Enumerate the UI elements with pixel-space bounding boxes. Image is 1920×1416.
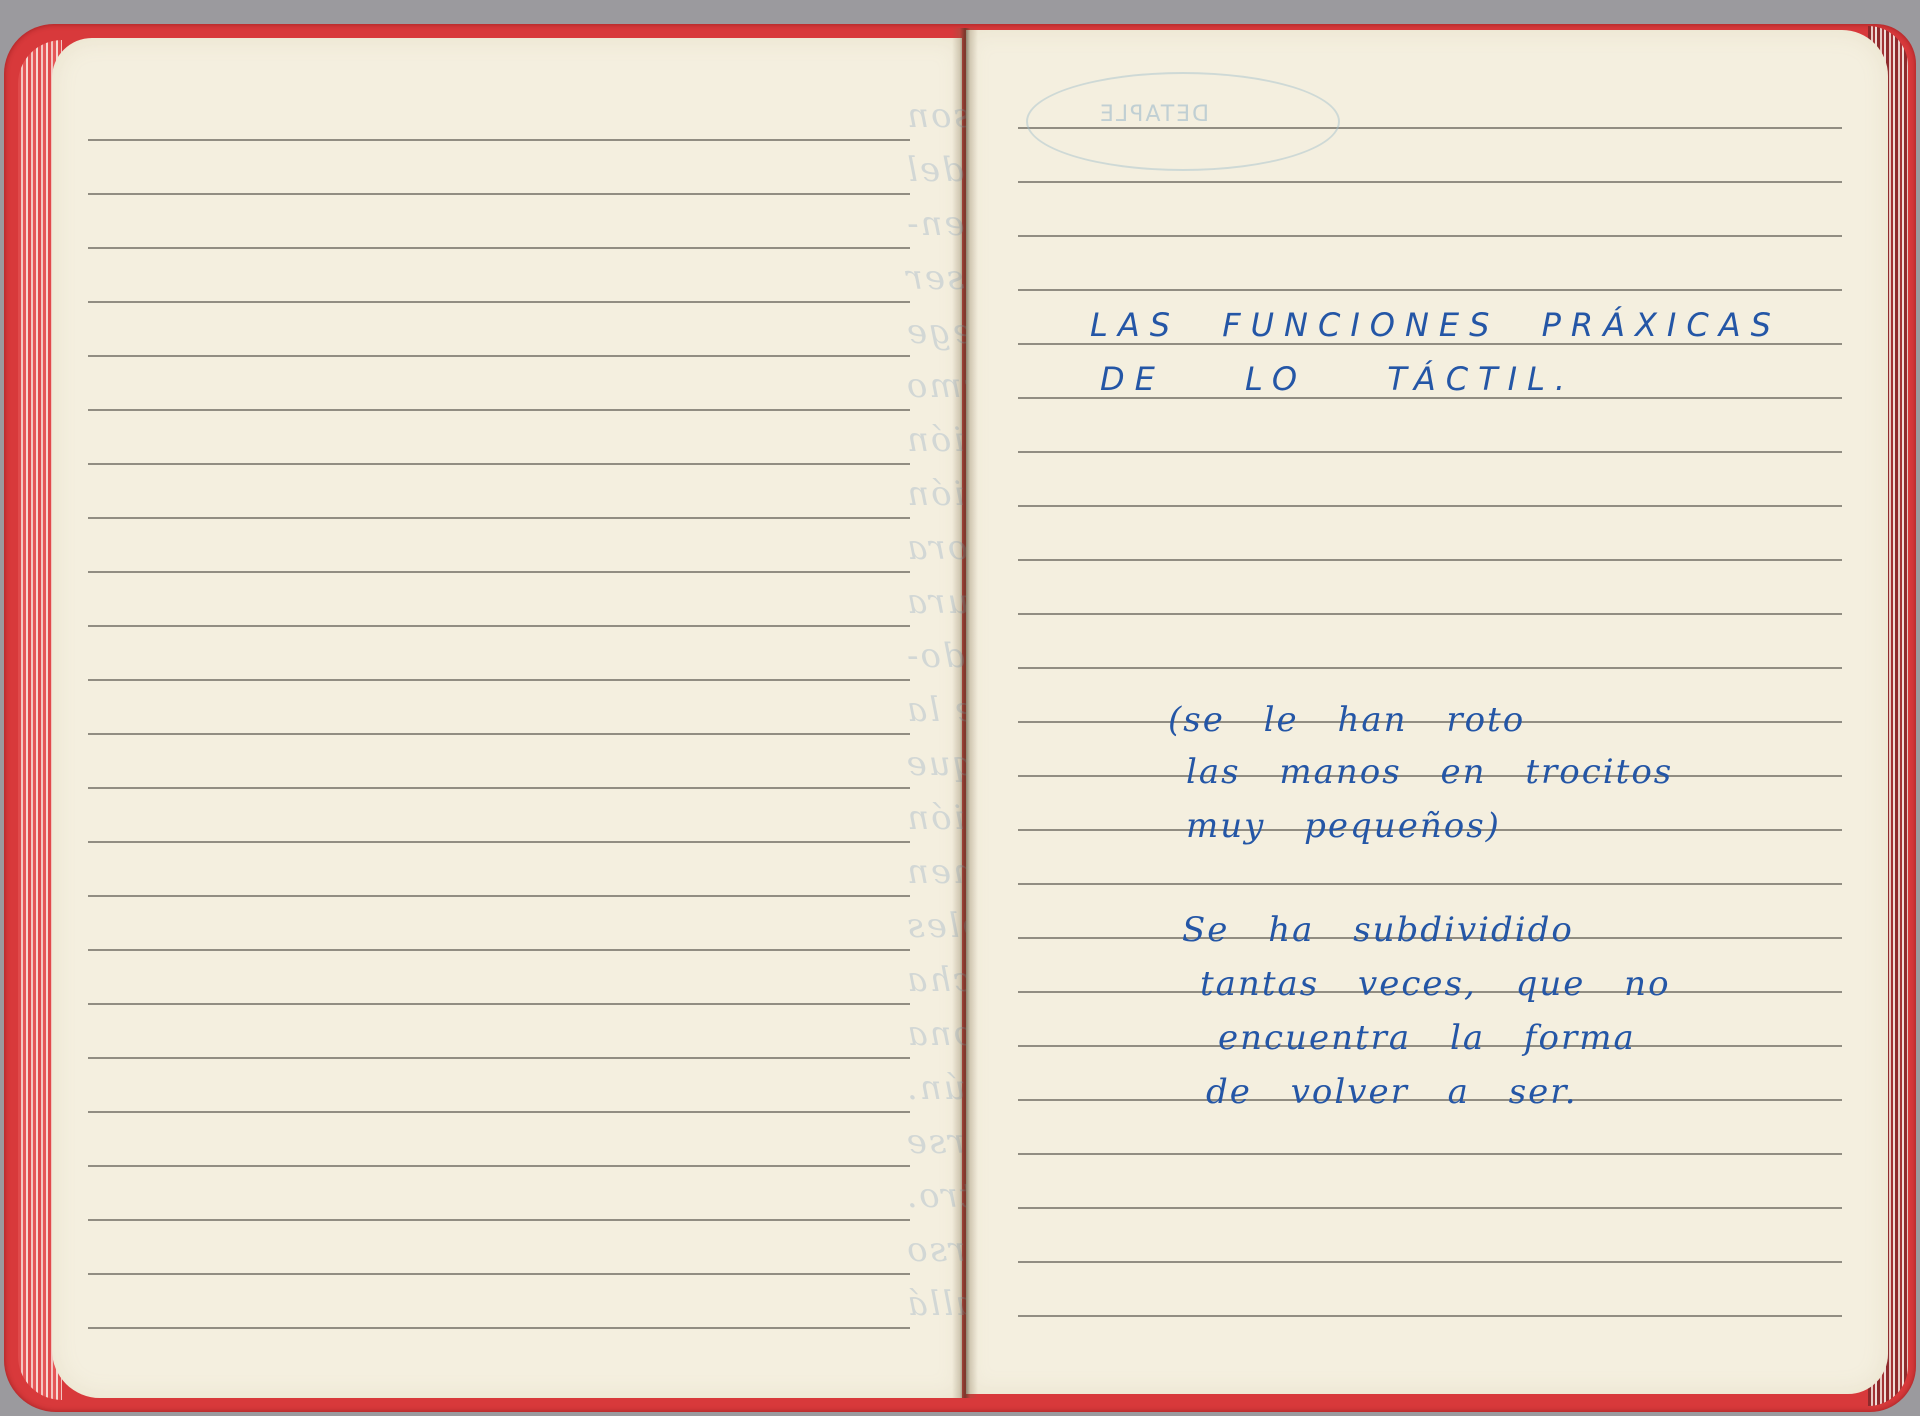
ruled-line (1018, 1315, 1842, 1317)
ruled-line (88, 301, 910, 303)
stamp-text: DETAPLE (1098, 102, 1209, 127)
stamp-bleed-through: DETAPLE (1026, 72, 1340, 171)
ruled-line (1018, 1153, 1842, 1155)
ruled-line (1018, 289, 1842, 291)
ruled-line (88, 355, 910, 357)
ruled-line (88, 625, 910, 627)
ruled-line (88, 247, 910, 249)
ruled-line (88, 1273, 910, 1275)
ruled-line (1018, 181, 1842, 183)
ruled-line (88, 841, 910, 843)
note-line-2: las manos en trocitos (1186, 752, 1673, 792)
note-line-7: de volver a ser. (1206, 1072, 1578, 1112)
ruled-line (88, 139, 910, 141)
ruled-line (88, 1327, 910, 1329)
ruled-line (88, 1057, 910, 1059)
ruled-line (1018, 235, 1842, 237)
ruled-line (88, 679, 910, 681)
ruled-line (88, 517, 910, 519)
ruled-line (1018, 613, 1842, 615)
note-line-5: tantas veces, que no (1200, 964, 1671, 1004)
ruled-line (88, 193, 910, 195)
ruled-line (1018, 559, 1842, 561)
ruled-line (88, 571, 910, 573)
ruled-line (88, 949, 910, 951)
ruled-line (1018, 667, 1842, 669)
left-page (52, 38, 962, 1398)
ruled-line (88, 787, 910, 789)
note-line-3: muy pequeños) (1186, 806, 1501, 846)
ruled-line (1018, 1261, 1842, 1263)
ruled-line (1018, 505, 1842, 507)
ruled-line (88, 409, 910, 411)
ruled-line (88, 1219, 910, 1221)
ruled-line (88, 463, 910, 465)
ruled-line (88, 1003, 910, 1005)
ruled-line (88, 895, 910, 897)
ruled-line (1018, 883, 1842, 885)
note-line-4: Se ha subdividido (1182, 910, 1574, 950)
heading-line-2: DE LO TÁCTIL. (1100, 360, 1575, 398)
spine-gutter (952, 28, 978, 1398)
ruled-line (88, 1111, 910, 1113)
note-line-6: encuentra la forma (1218, 1018, 1636, 1058)
heading-line-1: LAS FUNCIONES PRÁXICAS (1090, 306, 1781, 344)
ruled-line (1018, 1207, 1842, 1209)
ruled-line (1018, 451, 1842, 453)
note-line-1: (se le han roto (1168, 700, 1525, 740)
ruled-line (88, 1165, 910, 1167)
ruled-line (88, 733, 910, 735)
